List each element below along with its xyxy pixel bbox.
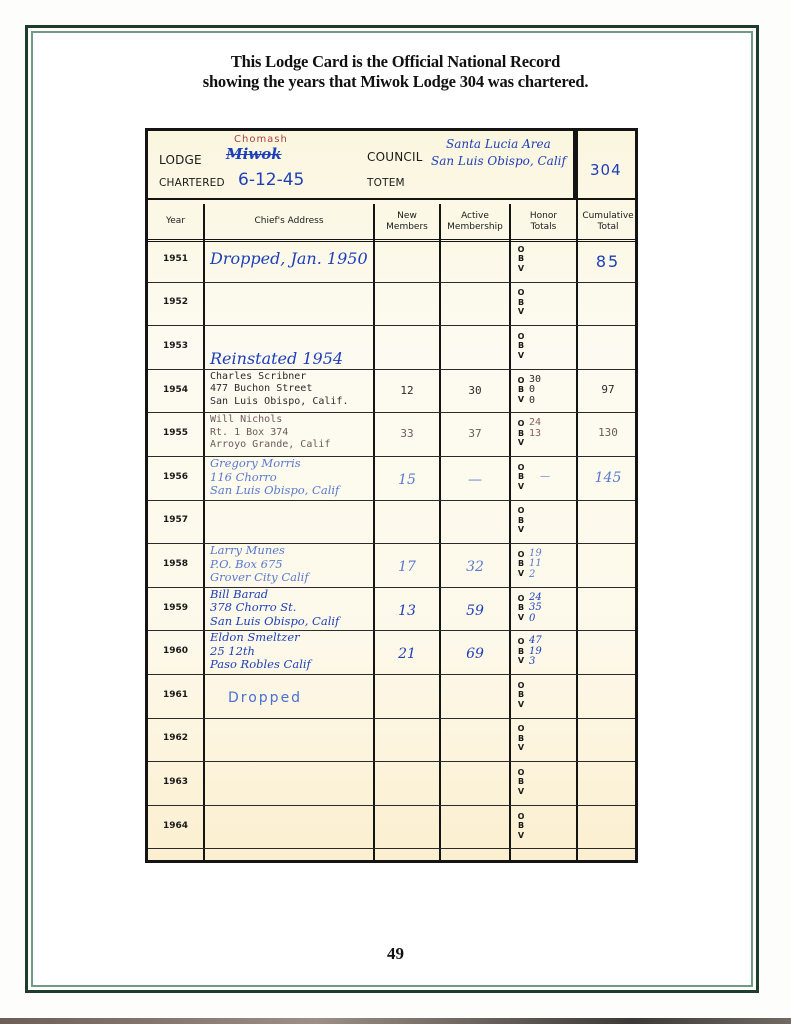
- honor-letter-v: V: [516, 743, 526, 753]
- chief-address: Dropped: [228, 688, 302, 708]
- col-new-members-label: NewMembers: [386, 211, 428, 233]
- honor-letter-v: V: [516, 787, 526, 797]
- chief-address: Reinstated 1954: [210, 349, 343, 369]
- honor-letter-b: B: [516, 516, 526, 526]
- cumulative-total-value: 97: [578, 383, 638, 396]
- honor-letter-v: V: [516, 438, 526, 448]
- new-members-value: 15: [375, 472, 439, 488]
- row-year: 1959: [148, 603, 203, 613]
- address-line: 116 Chorro: [210, 471, 339, 485]
- honor-letter-v: V: [516, 656, 526, 666]
- address-line: 25 12th: [210, 645, 311, 659]
- honor-value-b: 0: [529, 385, 535, 395]
- address-line: Grover City Calif: [210, 571, 309, 585]
- honor-letter-b: B: [516, 647, 526, 657]
- col-active-l2: Membership: [447, 222, 503, 232]
- address-line: Eldon Smeltzer: [210, 631, 311, 645]
- council-line-2: San Luis Obispo, Calif: [431, 154, 566, 168]
- honor-letter-v: V: [516, 700, 526, 710]
- honor-value-o: 30: [529, 375, 541, 385]
- honor-value-o: 47: [529, 636, 542, 646]
- honor-letters: OBV: [516, 288, 526, 317]
- honor-letter-o: O: [516, 768, 526, 778]
- chief-address: Will Nichols Rt. 1 Box 374 Arroyo Grande…: [210, 414, 330, 452]
- col-cumulative-total: CumulativeTotal: [578, 204, 638, 239]
- chief-address: Dropped, Jan. 1950: [210, 249, 368, 269]
- honor-letter-v: V: [516, 831, 526, 841]
- address-line: P.O. Box 675: [210, 558, 309, 572]
- address-line: Gregory Morris: [210, 457, 339, 471]
- row-year: 1960: [148, 646, 203, 656]
- col-new-members-l2: Members: [386, 222, 428, 232]
- chief-address: Bill Barad378 Chorro St.San Luis Obispo,…: [210, 588, 339, 629]
- col-chief-address: Chief's Address: [205, 204, 373, 239]
- honor-letter-o: O: [516, 550, 526, 560]
- lodge-card: LODGE Chomash Miwok CHARTERED 6-12-45 CO…: [145, 128, 638, 863]
- honor-letter-o: O: [516, 376, 526, 386]
- cumulative-total-value: 130: [578, 426, 638, 439]
- active-membership-value: 32: [441, 559, 509, 575]
- honor-letter-v: V: [516, 613, 526, 623]
- row-year: 1958: [148, 559, 203, 569]
- honor-letter-v: V: [516, 525, 526, 535]
- table-row: 1955OBVWill Nichols Rt. 1 Box 374 Arroyo…: [148, 412, 635, 456]
- col-chief-address-label: Chief's Address: [254, 216, 323, 227]
- lodge-name-correction: Chomash: [234, 134, 288, 145]
- honor-letter-b: B: [516, 472, 526, 482]
- row-divider: [148, 456, 635, 457]
- honor-value-v: 0: [529, 396, 535, 406]
- honor-letter-b: B: [516, 690, 526, 700]
- lodge-name-struck: Miwok: [226, 145, 282, 163]
- scan-edge: [0, 1018, 791, 1024]
- honor-letters: OBV: [516, 812, 526, 841]
- address-line: Dropped: [228, 688, 302, 708]
- column-headers: Year Chief's Address NewMembers ActiveMe…: [148, 204, 635, 242]
- row-divider: [148, 674, 635, 675]
- page-title-line-1: This Lodge Card is the Official National…: [0, 52, 791, 72]
- row-year: 1951: [148, 254, 203, 264]
- honor-letters: OBV: [516, 506, 526, 535]
- honor-letters: OBV: [516, 376, 526, 405]
- honor-letter-b: B: [516, 429, 526, 439]
- chief-address: Larry MunesP.O. Box 675Grover City Calif: [210, 544, 309, 585]
- honor-letter-o: O: [516, 506, 526, 516]
- row-divider: [148, 761, 635, 762]
- new-members-value: 17: [375, 559, 439, 575]
- honor-value-o: 24: [529, 593, 542, 603]
- col-active-membership-label: ActiveMembership: [447, 211, 503, 233]
- honor-letter-o: O: [516, 724, 526, 734]
- row-year: 1953: [148, 341, 203, 351]
- row-divider: [148, 848, 635, 849]
- honor-letters: OBV: [516, 724, 526, 753]
- honor-letter-o: O: [516, 637, 526, 647]
- active-membership-value: 37: [441, 427, 509, 440]
- honor-letter-b: B: [516, 821, 526, 831]
- address-line: Reinstated 1954: [210, 349, 343, 369]
- row-divider: [148, 325, 635, 326]
- honor-letter-b: B: [516, 298, 526, 308]
- row-divider: [148, 587, 635, 588]
- honor-letters: OBV: [516, 637, 526, 666]
- lodge-number-box: 304: [573, 131, 635, 198]
- row-year: 1956: [148, 472, 203, 482]
- honor-letters: OBV: [516, 681, 526, 710]
- honor-letter-b: B: [516, 603, 526, 613]
- col-honor-l1: Honor: [530, 211, 557, 221]
- row-year: 1954: [148, 385, 203, 395]
- honor-letter-v: V: [516, 482, 526, 492]
- honor-letter-b: B: [516, 559, 526, 569]
- col-year-label: Year: [166, 216, 185, 227]
- honor-letters: OBV: [516, 332, 526, 361]
- address-line: Dropped, Jan. 1950: [210, 249, 368, 269]
- chief-address: Eldon Smeltzer25 12thPaso Robles Calif: [210, 631, 311, 672]
- table-row: 1953OBVReinstated 1954: [148, 325, 635, 369]
- row-divider: [148, 369, 635, 370]
- lodge-number: 304: [590, 161, 622, 179]
- honor-letters: OBV: [516, 419, 526, 448]
- row-year: 1963: [148, 777, 203, 787]
- address-line: Bill Barad: [210, 588, 339, 602]
- row-year: 1955: [148, 428, 203, 438]
- col-new-members: NewMembers: [375, 204, 439, 239]
- lodge-label: LODGE: [159, 153, 202, 167]
- honor-letter-v: V: [516, 351, 526, 361]
- col-honor-l2: Totals: [531, 222, 557, 232]
- honor-letter-o: O: [516, 419, 526, 429]
- honor-letter-o: O: [516, 245, 526, 255]
- honor-letter-o: O: [516, 681, 526, 691]
- col-honor-totals: HonorTotals: [511, 204, 576, 239]
- col-active-membership: ActiveMembership: [441, 204, 509, 239]
- row-year: 1961: [148, 690, 203, 700]
- row-year: 1964: [148, 821, 203, 831]
- table-row: 1952OBV: [148, 282, 635, 326]
- honor-letter-o: O: [516, 332, 526, 342]
- honor-letter-v: V: [516, 264, 526, 274]
- col-honor-totals-label: HonorTotals: [530, 211, 557, 233]
- honor-letters: OBV: [516, 550, 526, 579]
- row-divider: [148, 543, 635, 544]
- active-membership-value: —: [441, 472, 509, 488]
- council-line-1: Santa Lucia Area: [446, 137, 551, 151]
- address-line: San Luis Obispo, Calif: [210, 615, 339, 629]
- active-membership-value: 59: [441, 603, 509, 619]
- table-row: 1959OBVBill Barad378 Chorro St.San Luis …: [148, 587, 635, 631]
- honor-letters: OBV: [516, 768, 526, 797]
- honor-letter-b: B: [516, 734, 526, 744]
- honor-letter-v: V: [516, 569, 526, 579]
- page-number: 49: [0, 944, 791, 964]
- honor-letters: OBV: [516, 594, 526, 623]
- honor-value-b: 19: [529, 647, 542, 657]
- col-active-l1: Active: [461, 211, 489, 221]
- table-row: 1956OBVGregory Morris116 ChorroSan Luis …: [148, 456, 635, 500]
- row-divider: [148, 805, 635, 806]
- row-divider: [148, 630, 635, 631]
- col-new-members-l1: New: [397, 211, 417, 221]
- honor-letters: OBV: [516, 245, 526, 274]
- address-line: Paso Robles Calif: [210, 658, 311, 672]
- table-row: 1963OBV: [148, 761, 635, 805]
- table-row: 1962OBV: [148, 718, 635, 762]
- totem-label: TOTEM: [367, 177, 405, 189]
- active-membership-value: 30: [441, 384, 509, 397]
- honor-value-b: 13: [529, 429, 541, 439]
- chartered-label: CHARTERED: [159, 177, 225, 189]
- honor-letter-b: B: [516, 254, 526, 264]
- col-cumulative-l1: Cumulative: [582, 211, 633, 221]
- new-members-value: 12: [375, 384, 439, 397]
- address-line: San Luis Obispo, Calif: [210, 484, 339, 498]
- chief-address: Gregory Morris116 ChorroSan Luis Obispo,…: [210, 457, 339, 498]
- honor-letter-b: B: [516, 341, 526, 351]
- col-cumulative-l2: Total: [597, 222, 618, 232]
- table-row: 1964OBV: [148, 805, 635, 849]
- honor-value-b: 11: [529, 559, 542, 569]
- row-divider: [148, 718, 635, 719]
- new-members-value: 13: [375, 603, 439, 619]
- honor-letter-o: O: [516, 812, 526, 822]
- row-divider: [148, 282, 635, 283]
- honor-letter-b: B: [516, 777, 526, 787]
- col-cumulative-label: CumulativeTotal: [582, 211, 633, 233]
- council-label: COUNCIL: [367, 150, 423, 164]
- honor-letter-o: O: [516, 594, 526, 604]
- address-line: 378 Chorro St.: [210, 601, 339, 615]
- honor-value-b: —: [540, 472, 550, 482]
- page-title: This Lodge Card is the Official National…: [0, 52, 791, 92]
- col-year: Year: [148, 204, 203, 239]
- chief-address: Charles Scribner 477 Buchon Street San L…: [210, 371, 348, 409]
- cumulative-total-value: 85: [578, 252, 638, 271]
- new-members-value: 33: [375, 427, 439, 440]
- honor-value-v: 3: [529, 657, 535, 667]
- honor-letter-o: O: [516, 463, 526, 473]
- table-row: 1960OBVEldon Smeltzer25 12thPaso Robles …: [148, 630, 635, 674]
- honor-value-o: 19: [529, 549, 542, 559]
- card-header: LODGE Chomash Miwok CHARTERED 6-12-45 CO…: [148, 131, 635, 200]
- honor-letters: OBV: [516, 463, 526, 492]
- honor-value-b: 35: [529, 603, 542, 613]
- honor-value-v: 0: [529, 614, 535, 624]
- honor-letter-v: V: [516, 307, 526, 317]
- honor-value-o: 24: [529, 418, 541, 428]
- row-divider: [148, 500, 635, 501]
- table-row: 1951OBVDropped, Jan. 195085: [148, 238, 635, 282]
- table-row: 1957OBV: [148, 500, 635, 544]
- honor-letter-b: B: [516, 385, 526, 395]
- page-title-line-2: showing the years that Miwok Lodge 304 w…: [0, 72, 791, 92]
- table-row: 1958OBVLarry MunesP.O. Box 675Grover Cit…: [148, 543, 635, 587]
- chartered-date: 6-12-45: [238, 170, 304, 190]
- row-year: 1957: [148, 515, 203, 525]
- row-year: 1952: [148, 297, 203, 307]
- table-row: 1954OBVCharles Scribner 477 Buchon Stree…: [148, 369, 635, 413]
- row-divider: [148, 412, 635, 413]
- cumulative-total-value: 145: [578, 470, 638, 486]
- honor-letter-v: V: [516, 395, 526, 405]
- active-membership-value: 69: [441, 646, 509, 662]
- table-row: 1961OBVDropped: [148, 674, 635, 718]
- honor-letter-o: O: [516, 288, 526, 298]
- address-line: Larry Munes: [210, 544, 309, 558]
- honor-value-v: 2: [529, 570, 535, 580]
- row-year: 1962: [148, 733, 203, 743]
- new-members-value: 21: [375, 646, 439, 662]
